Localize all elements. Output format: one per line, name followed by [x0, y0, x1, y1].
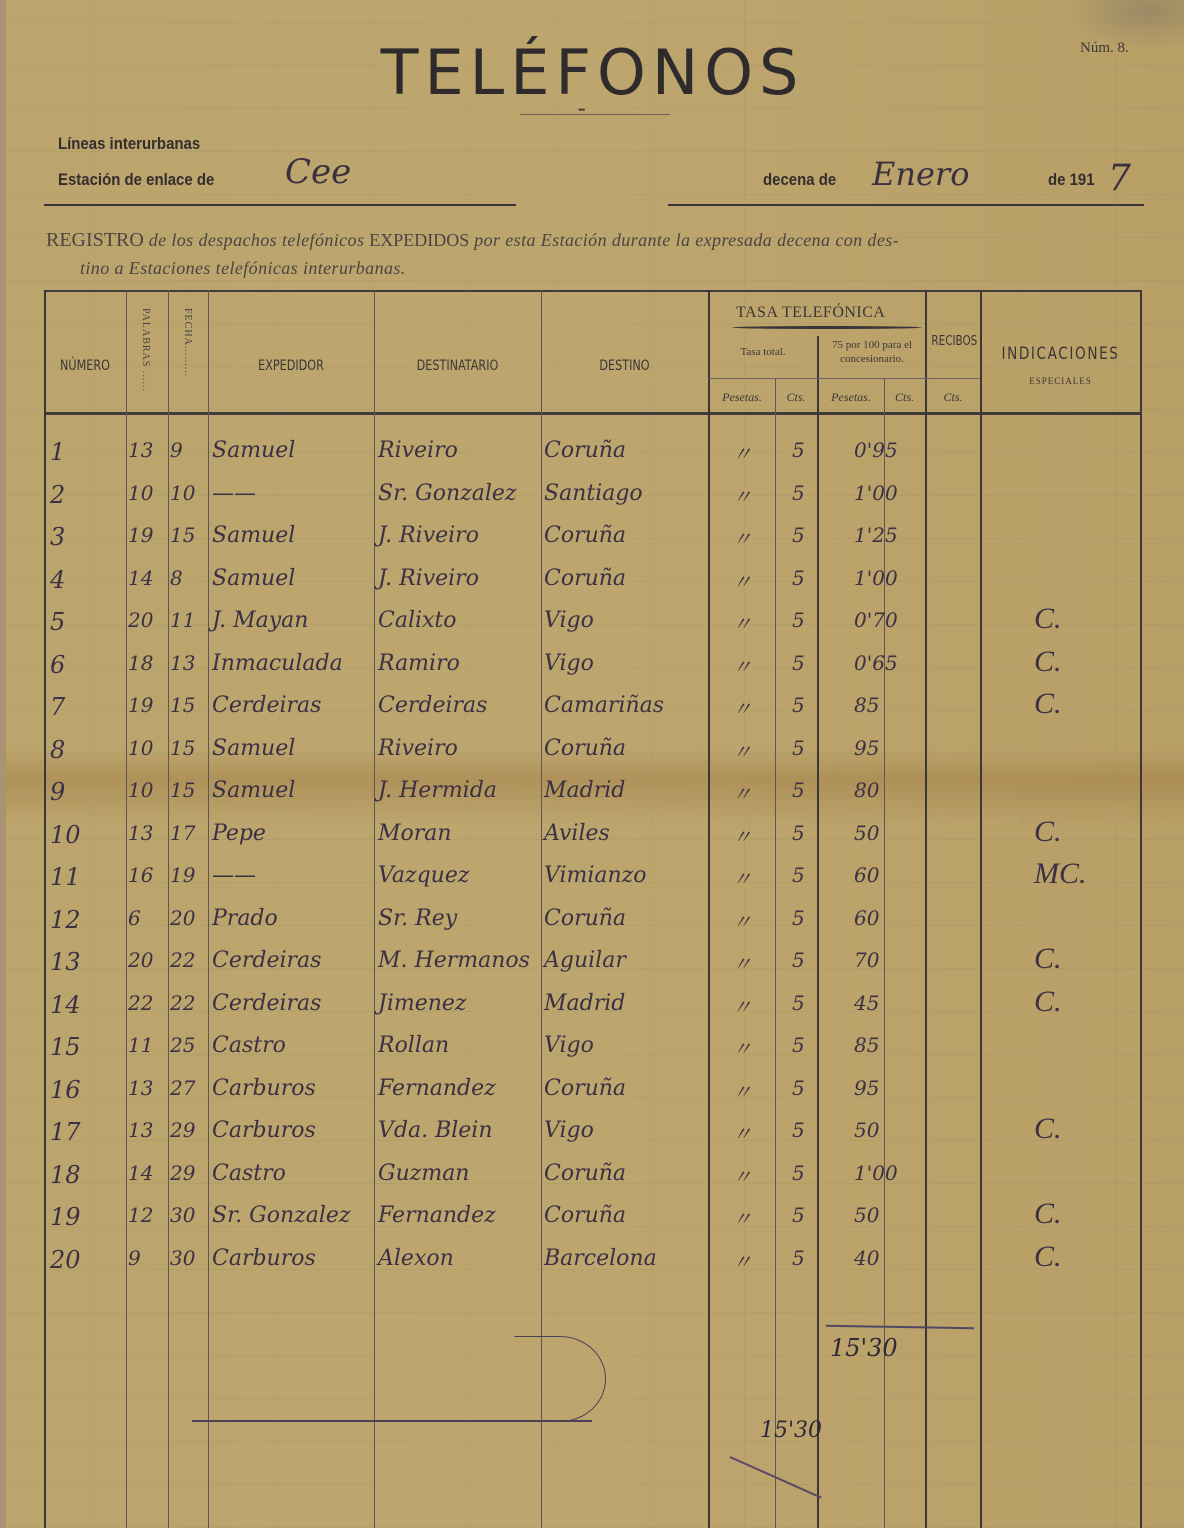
cell-tasa-ptas: 〃	[732, 651, 752, 680]
cell-conc: 1'25	[854, 523, 898, 547]
cell-tasa-ptas: 〃	[732, 438, 752, 467]
col-header-concesionario: 75 por 100 para el concesionario.	[820, 338, 924, 366]
cell-conc: 70	[854, 948, 879, 972]
cell-tasa-ptas: 〃	[732, 906, 752, 935]
table-row: 161327CarburosFernandezCoruña〃595	[44, 1076, 1142, 1118]
cell-destino: Aguilar	[544, 948, 626, 973]
cell-conc: 85	[854, 693, 879, 717]
table-row: 151125CastroRollanVigo〃585	[44, 1033, 1142, 1075]
register-description: REGISTRO de los despachos telefónicos EX…	[46, 226, 1146, 282]
cell-numero: 12	[50, 906, 81, 934]
cell-tasa-ptas: 〃	[732, 481, 752, 510]
cell-destinatario: M. Hermanos	[378, 948, 530, 973]
cell-palabras: 13	[128, 438, 153, 462]
cell-palabras: 6	[128, 906, 141, 930]
cell-tasa-ptas: 〃	[732, 693, 752, 722]
cell-tasa-cts: 5	[792, 693, 805, 717]
cell-expedidor: ——	[212, 481, 256, 506]
cell-ind: C.	[1034, 1240, 1062, 1274]
register-lead: REGISTRO	[46, 229, 144, 251]
cell-tasa-cts: 5	[792, 1033, 805, 1057]
cell-palabras: 20	[128, 948, 153, 972]
cell-fecha: 30	[170, 1246, 195, 1270]
cell-tasa-cts: 5	[792, 1118, 805, 1142]
cell-fecha: 8	[170, 566, 183, 590]
table-row: 142222CerdeirasJimenezMadrid〃545C.	[44, 991, 1142, 1033]
cell-destinatario: Ramiro	[378, 651, 460, 676]
table-row: 61813InmaculadaRamiroVigo〃50'65C.	[44, 651, 1142, 693]
cell-palabras: 10	[128, 736, 153, 760]
col-header-destinatario: DESTINATARIO	[391, 358, 525, 374]
cell-destino: Madrid	[544, 778, 625, 803]
cell-palabras: 14	[128, 1161, 153, 1185]
cell-destino: Coruña	[544, 566, 626, 591]
cell-fecha: 22	[170, 948, 195, 972]
cell-destino: Vigo	[544, 651, 594, 676]
cell-tasa-cts: 5	[792, 1161, 805, 1185]
cell-fecha: 22	[170, 991, 195, 1015]
cell-tasa-ptas: 〃	[732, 778, 752, 807]
cell-destino: Vigo	[544, 1118, 594, 1143]
table-row: 91015SamuelJ. HermidaMadrid〃580	[44, 778, 1142, 820]
cell-destino: Coruña	[544, 438, 626, 463]
cell-conc: 1'00	[854, 1161, 898, 1185]
register-text-2: por esta Estación durante la expresada d…	[469, 230, 899, 250]
col-header-palabras: PALABRAS ......	[140, 308, 151, 408]
cell-destinatario: Sr. Rey	[378, 906, 457, 931]
cell-expedidor: Inmaculada	[212, 651, 343, 676]
table-row: 31915SamuelJ. RiveiroCoruña〃51'25	[44, 523, 1142, 565]
cell-tasa-cts: 5	[792, 481, 805, 505]
cell-numero: 17	[50, 1118, 81, 1146]
col-header-tasa-total: Tasa total.	[709, 346, 817, 358]
register-text-3: tino a Estaciones telefónicas interurban…	[80, 258, 406, 278]
form-number: Núm. 8.	[1080, 40, 1129, 57]
cell-numero: 4	[50, 566, 65, 594]
cell-conc: 1'00	[854, 566, 898, 590]
register-text-1: de los despachos telefónicos	[144, 230, 369, 250]
cell-tasa-cts: 5	[792, 1076, 805, 1100]
cell-numero: 19	[50, 1203, 81, 1231]
cell-expedidor: Samuel	[212, 778, 295, 803]
cell-tasa-ptas: 〃	[732, 948, 752, 977]
cell-destino: Aviles	[544, 821, 610, 846]
cell-tasa-ptas: 〃	[732, 1161, 752, 1190]
cell-tasa-ptas: 〃	[732, 1246, 752, 1275]
cell-destinatario: Guzman	[378, 1161, 469, 1186]
cell-ind: C.	[1034, 1197, 1062, 1231]
cell-destinatario: Riveiro	[378, 736, 458, 761]
cell-destinatario: Sr. Gonzalez	[378, 481, 517, 506]
estacion-rule	[44, 204, 516, 206]
cell-destino: Coruña	[544, 523, 626, 548]
cell-destino: Santiago	[544, 481, 643, 506]
cell-fecha: 19	[170, 863, 195, 887]
col-header-conc-cts: Cts.	[884, 390, 925, 405]
cell-expedidor: Carburos	[212, 1076, 316, 1101]
cell-tasa-ptas: 〃	[732, 821, 752, 850]
cell-numero: 16	[50, 1076, 81, 1104]
cell-fecha: 29	[170, 1118, 195, 1142]
cell-numero: 5	[50, 608, 65, 636]
cell-destinatario: J. Riveiro	[378, 523, 479, 548]
cell-conc: 95	[854, 736, 879, 760]
cell-palabras: 13	[128, 1118, 153, 1142]
table-row: 171329CarburosVda. BleinVigo〃550C.	[44, 1118, 1142, 1160]
col-header-recibos-cts: Cts.	[926, 390, 980, 405]
cell-palabras: 19	[128, 523, 153, 547]
table-row: 4148SamuelJ. RiveiroCoruña〃51'00	[44, 566, 1142, 608]
cell-numero: 9	[50, 778, 65, 806]
cell-conc: 80	[854, 778, 879, 802]
cell-palabras: 18	[128, 651, 153, 675]
table-row: 1139SamuelRiveiroCoruña〃50'95	[44, 438, 1142, 480]
cell-palabras: 9	[128, 1246, 141, 1270]
col-header-especiales: ESPECIALES	[981, 376, 1140, 386]
year-value: 7	[1108, 158, 1131, 199]
cell-palabras: 16	[128, 863, 153, 887]
cell-destinatario: Cerdeiras	[378, 693, 487, 718]
cell-destino: Vigo	[544, 1033, 594, 1058]
cell-conc: 95	[854, 1076, 879, 1100]
cell-numero: 8	[50, 736, 65, 764]
cell-fecha: 15	[170, 693, 195, 717]
cell-conc: 0'70	[854, 608, 898, 632]
cell-palabras: 19	[128, 693, 153, 717]
cell-destinatario: Vda. Blein	[378, 1118, 493, 1143]
cell-destino: Coruña	[544, 1161, 626, 1186]
col-header-tasa-telefonica: TASA TELEFÓNICA	[736, 304, 885, 322]
cell-expedidor: Castro	[212, 1161, 286, 1186]
cell-numero: 1	[50, 438, 65, 466]
col-header-tasa-cts: Cts.	[775, 390, 817, 405]
cell-destinatario: Calixto	[378, 608, 457, 633]
cell-tasa-cts: 5	[792, 991, 805, 1015]
table-row: 181429CastroGuzmanCoruña〃51'00	[44, 1161, 1142, 1203]
cell-destinatario: Alexon	[378, 1246, 454, 1271]
col-header-fecha: FECHA.........	[182, 308, 193, 408]
cell-numero: 15	[50, 1033, 81, 1061]
cell-palabras: 10	[128, 481, 153, 505]
cell-conc: 0'65	[854, 651, 898, 675]
cell-numero: 6	[50, 651, 65, 679]
cell-numero: 2	[50, 481, 65, 509]
cell-fecha: 15	[170, 736, 195, 760]
cell-expedidor: Samuel	[212, 438, 295, 463]
cell-destino: Madrid	[544, 991, 625, 1016]
cell-destino: Coruña	[544, 736, 626, 761]
cell-tasa-ptas: 〃	[732, 1076, 752, 1105]
cell-palabras: 13	[128, 1076, 153, 1100]
dispatch-register-table: NÚMERO PALABRAS ...... FECHA......... EX…	[44, 290, 1142, 1528]
cell-ind: C.	[1034, 602, 1062, 636]
cell-destino: Coruña	[544, 906, 626, 931]
cell-expedidor: Cerdeiras	[212, 693, 321, 718]
col-header-numero: NÚMERO	[52, 358, 118, 374]
cell-expedidor: Prado	[212, 906, 278, 931]
cell-tasa-cts: 5	[792, 438, 805, 462]
title-ornament	[520, 114, 670, 115]
cell-tasa-cts: 5	[792, 906, 805, 930]
cell-expedidor: J. Mayan	[212, 608, 308, 633]
cell-palabras: 22	[128, 991, 153, 1015]
cell-conc: 0'95	[854, 438, 898, 462]
cell-expedidor: Castro	[212, 1033, 286, 1058]
total-margin-note: 15'30	[760, 1418, 822, 1443]
cell-tasa-ptas: 〃	[732, 523, 752, 552]
cell-tasa-cts: 5	[792, 608, 805, 632]
cell-numero: 11	[50, 863, 81, 891]
table-row: 81015SamuelRiveiroCoruña〃595	[44, 736, 1142, 778]
total-concesionario: 15'30	[830, 1334, 898, 1362]
year-label: de 191	[1048, 170, 1095, 190]
cell-destino: Coruña	[544, 1076, 626, 1101]
cell-destino: Camariñas	[544, 693, 664, 718]
cell-conc: 40	[854, 1246, 879, 1270]
decena-value: Enero	[872, 155, 969, 193]
total-rule	[826, 1325, 974, 1330]
page-edge	[0, 0, 6, 1528]
table-row: 71915CerdeirasCerdeirasCamariñas〃585C.	[44, 693, 1142, 735]
cell-conc: 60	[854, 863, 879, 887]
cell-numero: 3	[50, 523, 65, 551]
cell-destinatario: Vazquez	[378, 863, 469, 888]
cell-expedidor: Cerdeiras	[212, 948, 321, 973]
cell-tasa-cts: 5	[792, 736, 805, 760]
cell-numero: 20	[50, 1246, 81, 1274]
cell-palabras: 10	[128, 778, 153, 802]
cell-conc: 50	[854, 1118, 879, 1142]
cell-palabras: 20	[128, 608, 153, 632]
estacion-label: Estación de enlace de	[58, 170, 214, 190]
table-row: 12620PradoSr. ReyCoruña〃560	[44, 906, 1142, 948]
cell-destino: Coruña	[544, 1203, 626, 1228]
cell-numero: 14	[50, 991, 81, 1019]
cell-tasa-ptas: 〃	[732, 863, 752, 892]
lineas-label: Líneas interurbanas	[58, 134, 200, 154]
table-row: 52011J. MayanCalixtoVigo〃50'70C.	[44, 608, 1142, 650]
page-title: TELÉFONOS	[350, 36, 835, 109]
col-header-indicaciones: INDICACIONES	[997, 344, 1124, 364]
cell-conc: 60	[854, 906, 879, 930]
cell-tasa-ptas: 〃	[732, 991, 752, 1020]
cell-tasa-cts: 5	[792, 1246, 805, 1270]
cell-tasa-cts: 5	[792, 778, 805, 802]
cell-tasa-cts: 5	[792, 863, 805, 887]
cell-numero: 13	[50, 948, 81, 976]
col-header-destino: DESTINO	[558, 358, 692, 374]
cell-tasa-cts: 5	[792, 1203, 805, 1227]
cell-tasa-ptas: 〃	[732, 736, 752, 765]
cell-fecha: 25	[170, 1033, 195, 1057]
cell-tasa-cts: 5	[792, 566, 805, 590]
cell-fecha: 15	[170, 523, 195, 547]
cell-destinatario: Riveiro	[378, 438, 458, 463]
cell-expedidor: Carburos	[212, 1246, 316, 1271]
cell-fecha: 10	[170, 481, 195, 505]
cell-fecha: 20	[170, 906, 195, 930]
cell-ind: C.	[1034, 985, 1062, 1019]
cell-tasa-cts: 5	[792, 651, 805, 675]
cell-conc: 50	[854, 1203, 879, 1227]
decena-rule	[668, 204, 1144, 206]
cell-tasa-ptas: 〃	[732, 566, 752, 595]
cell-ind: MC.	[1034, 857, 1087, 891]
cell-destinatario: Moran	[378, 821, 452, 846]
cell-fecha: 30	[170, 1203, 195, 1227]
cell-palabras: 13	[128, 821, 153, 845]
col-header-recibos: RECIBOS	[931, 334, 974, 349]
cell-fecha: 15	[170, 778, 195, 802]
col-header-tasa-pesetas: Pesetas.	[709, 390, 775, 405]
cell-expedidor: Samuel	[212, 566, 295, 591]
cell-destinatario: Fernandez	[378, 1203, 496, 1228]
cell-ind: C.	[1034, 815, 1062, 849]
cell-conc: 85	[854, 1033, 879, 1057]
tasa-swash	[732, 326, 922, 329]
cell-fecha: 13	[170, 651, 195, 675]
col-header-conc-pesetas: Pesetas.	[818, 390, 884, 405]
cell-numero: 10	[50, 821, 81, 849]
cell-destino: Vimianzo	[544, 863, 647, 888]
cell-fecha: 11	[170, 608, 195, 632]
cell-expedidor: Sr. Gonzalez	[212, 1203, 351, 1228]
cell-conc: 1'00	[854, 481, 898, 505]
cell-conc: 45	[854, 991, 879, 1015]
cell-tasa-ptas: 〃	[732, 1203, 752, 1232]
cell-palabras: 14	[128, 566, 153, 590]
cell-tasa-cts: 5	[792, 523, 805, 547]
table-row: 111619——VazquezVimianzo〃560MC.	[44, 863, 1142, 905]
cell-tasa-ptas: 〃	[732, 608, 752, 637]
cell-destinatario: J. Riveiro	[378, 566, 479, 591]
cell-palabras: 11	[128, 1033, 153, 1057]
cell-ind: C.	[1034, 1112, 1062, 1146]
table-row: 101317PepeMoranAviles〃550C.	[44, 821, 1142, 863]
cell-expedidor: Samuel	[212, 736, 295, 761]
register-caps: EXPEDIDOS	[369, 230, 469, 250]
cell-destino: Barcelona	[544, 1246, 657, 1271]
cell-expedidor: Cerdeiras	[212, 991, 321, 1016]
cell-expedidor: Samuel	[212, 523, 295, 548]
cell-numero: 7	[50, 693, 65, 721]
cell-destinatario: Jimenez	[378, 991, 467, 1016]
table-row: 132022CerdeirasM. HermanosAguilar〃570C.	[44, 948, 1142, 990]
table-row: 21010——Sr. GonzalezSantiago〃51'00	[44, 481, 1142, 523]
cell-tasa-ptas: 〃	[732, 1118, 752, 1147]
cell-expedidor: Carburos	[212, 1118, 316, 1143]
cell-ind: C.	[1034, 687, 1062, 721]
cell-ind: C.	[1034, 645, 1062, 679]
cell-expedidor: ——	[212, 863, 256, 888]
cell-fecha: 9	[170, 438, 183, 462]
cell-fecha: 17	[170, 821, 195, 845]
table-row: 191230Sr. GonzalezFernandezCoruña〃550C.	[44, 1203, 1142, 1245]
cell-ind: C.	[1034, 942, 1062, 976]
cell-numero: 18	[50, 1161, 81, 1189]
cell-destinatario: J. Hermida	[378, 778, 497, 803]
estacion-value: Cee	[285, 152, 351, 192]
cell-tasa-ptas: 〃	[732, 1033, 752, 1062]
closing-flourish-curl	[514, 1336, 606, 1422]
decena-label: decena de	[763, 170, 836, 190]
cell-fecha: 29	[170, 1161, 195, 1185]
cell-tasa-cts: 5	[792, 821, 805, 845]
col-header-expedidor: EXPEDIDOR	[225, 358, 358, 374]
table-row: 20930CarburosAlexonBarcelona〃540C.	[44, 1246, 1142, 1288]
subheader-rule	[709, 378, 980, 379]
cell-destino: Vigo	[544, 608, 594, 633]
cell-tasa-cts: 5	[792, 948, 805, 972]
cell-conc: 50	[854, 821, 879, 845]
cell-expedidor: Pepe	[212, 821, 266, 846]
cell-palabras: 12	[128, 1203, 153, 1227]
cell-fecha: 27	[170, 1076, 195, 1100]
cell-destinatario: Fernandez	[378, 1076, 496, 1101]
cell-destinatario: Rollan	[378, 1033, 449, 1058]
